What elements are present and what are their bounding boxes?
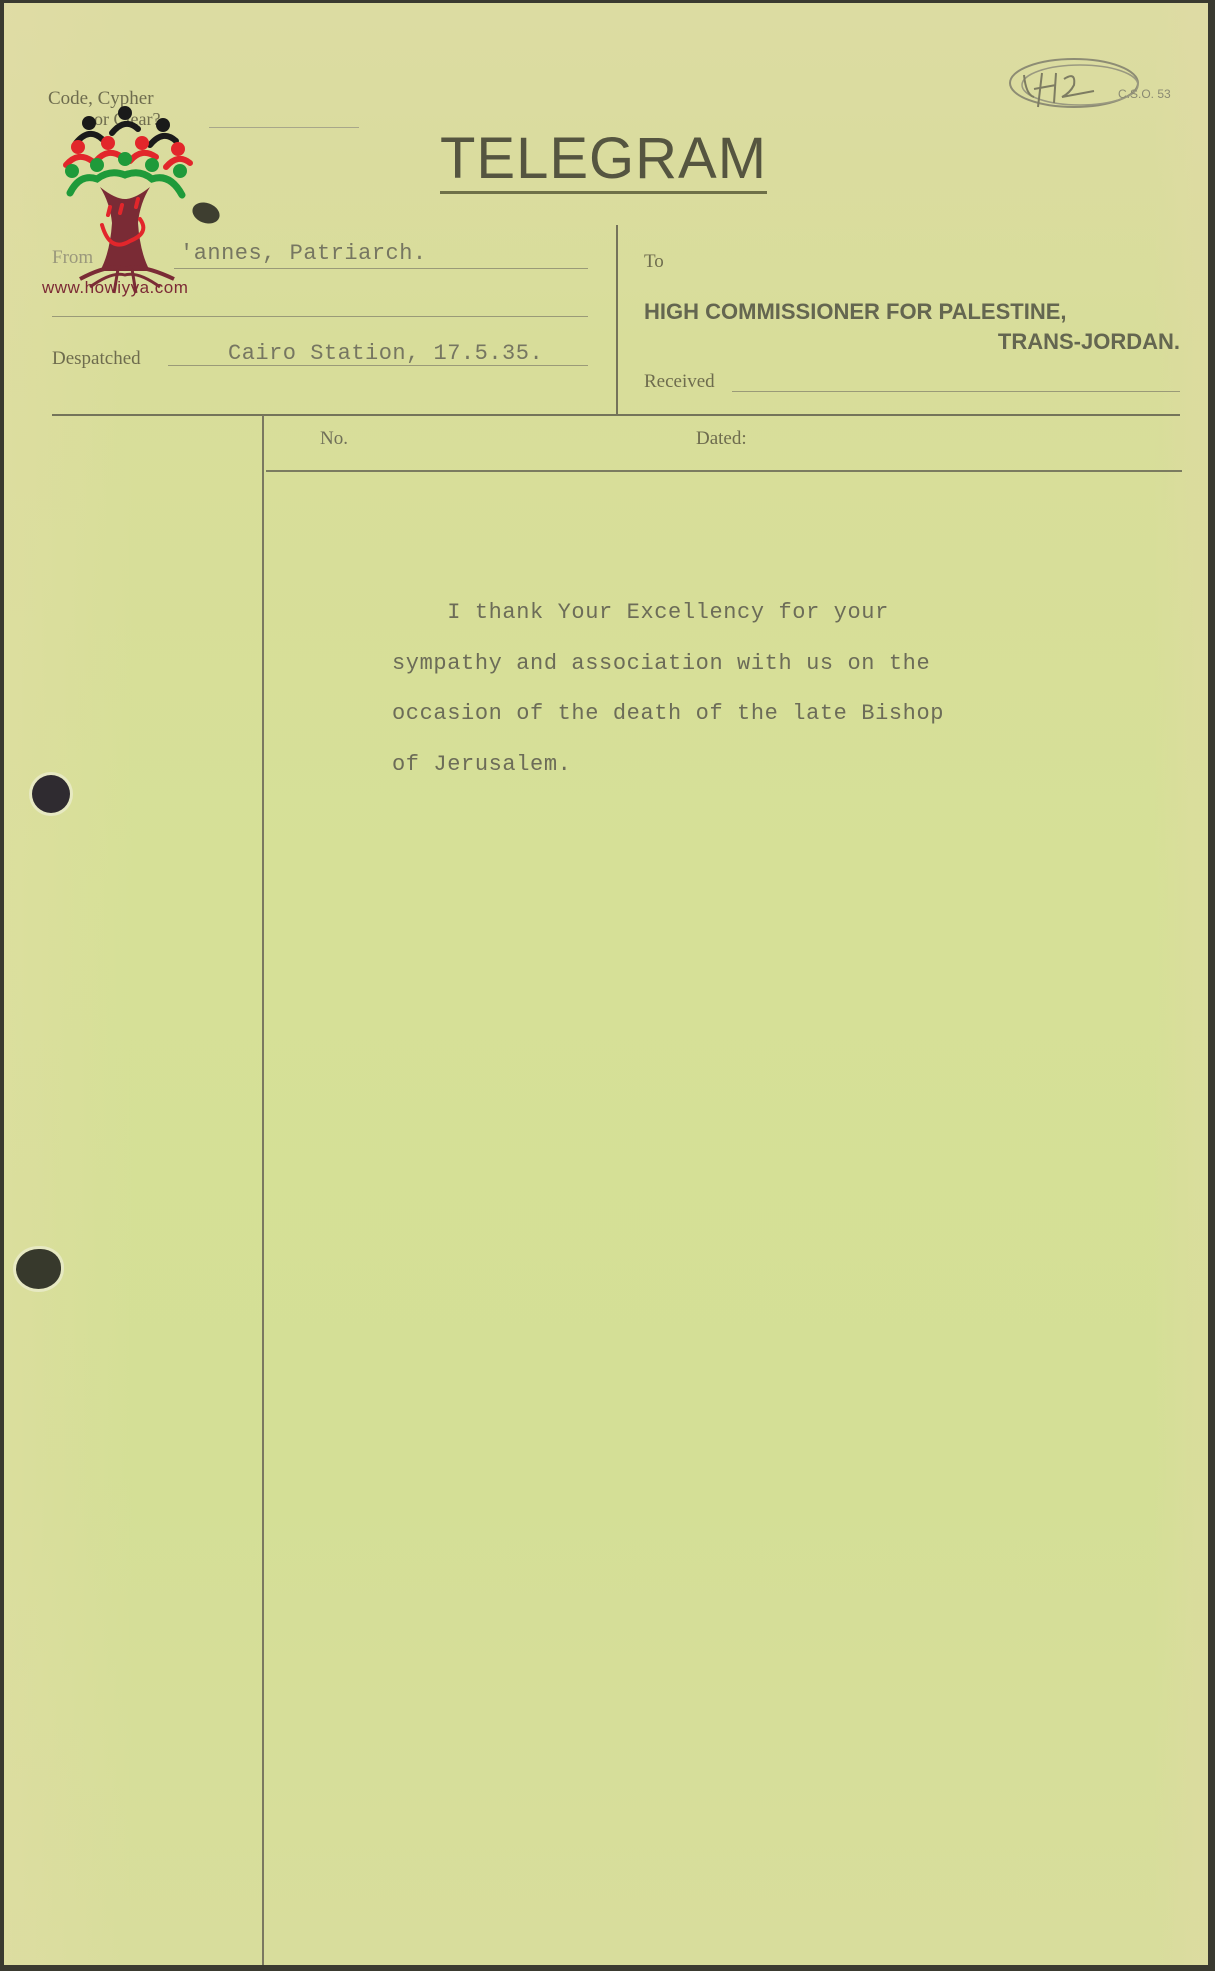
received-rule [732, 391, 1180, 392]
header-bottom-rule [52, 414, 1180, 416]
handwritten-initials-icon [1004, 45, 1204, 125]
message-line: of Jerusalem. [392, 740, 1032, 791]
despatched-value: Cairo Station, 17.5.35. [228, 341, 543, 366]
tree-people-logo-icon [40, 103, 210, 303]
watermark-url: www.howiyya.com [42, 278, 188, 298]
despatched-label: Despatched [52, 348, 141, 370]
message-line: occasion of the death of the late Bishop [392, 689, 1032, 740]
punch-hole [32, 775, 70, 813]
header-divider [616, 225, 618, 415]
to-value: HIGH COMMISSIONER FOR PALESTINE, TRANS-J… [644, 297, 1184, 357]
code-cypher-rule [209, 127, 359, 128]
margin-divider [262, 415, 264, 1965]
blank-rule [52, 316, 588, 317]
to-value-line1: HIGH COMMISSIONER FOR PALESTINE, [644, 297, 1184, 327]
to-value-line2: TRANS-JORDAN. [644, 327, 1184, 357]
number-label: No. [320, 428, 348, 450]
telegram-sheet: Code, Cypher or Clear? TELEGRAM C.S.O. 5… [4, 3, 1208, 1965]
message-line: I thank Your Excellency for your [392, 588, 1032, 639]
message-body: I thank Your Excellency for your sympath… [392, 588, 1032, 790]
from-value: 'annes, Patriarch. [180, 241, 427, 266]
number-dated-rule [266, 470, 1182, 472]
punch-hole [16, 1249, 61, 1289]
received-label: Received [644, 371, 715, 393]
message-line: sympathy and association with us on the [392, 639, 1032, 690]
dated-label: Dated: [696, 428, 747, 450]
from-rule [174, 268, 588, 269]
page-title: TELEGRAM [440, 129, 767, 194]
despatched-rule [168, 365, 588, 366]
form-reference: C.S.O. 53 [1118, 87, 1171, 101]
to-label: To [644, 251, 664, 273]
